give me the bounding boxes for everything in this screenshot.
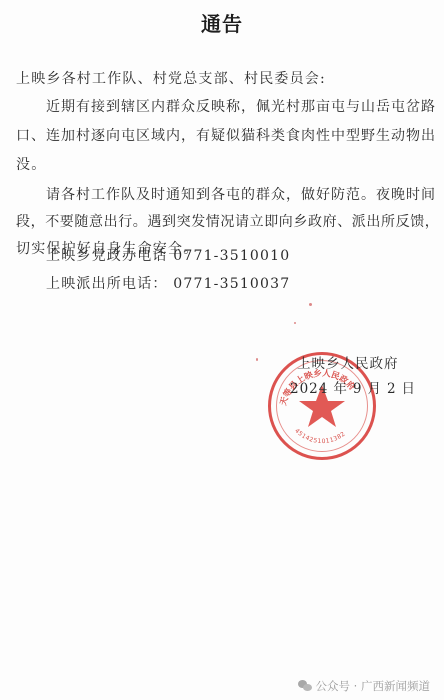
paragraph-2-line-1: 请各村工作队及时通知到各屯的群众，做好防范。夜晚时间 (46, 186, 436, 204)
source-label: 公众号 · 广西新闻频道 (316, 678, 430, 694)
paragraph-1-line-3: 没。 (16, 156, 46, 174)
contact-police-station-phone: 上映派出所电话： 0771-3510037 (46, 275, 290, 293)
seal-code: 4514251011382 (293, 427, 347, 445)
ink-speck (294, 322, 296, 324)
signature-organization: 上映乡人民政府 (297, 356, 399, 372)
paragraph-2-line-2: 段，不要随意出行。遇到突发情况请立即向乡政府、派出所反馈， (16, 213, 439, 231)
date-month: 9 (353, 381, 363, 397)
source-watermark: 公众号 · 广西新闻频道 (298, 678, 430, 694)
svg-text:4514251011382: 4514251011382 (293, 427, 347, 445)
wechat-icon (298, 680, 312, 692)
paragraph-1-line-1: 近期有接到辖区内群众反映称，佩光村那亩屯与山岳屯岔路 (46, 98, 436, 116)
date-day: 2 (387, 381, 397, 397)
notice-title: 通告 (0, 8, 444, 37)
date-month-unit: 月 (367, 381, 382, 397)
ink-speck (309, 303, 312, 306)
date-day-unit: 日 (402, 381, 417, 397)
date-year: 2024 (290, 381, 328, 397)
paragraph-1-line-2: 口、连加村逐向屯区域内，有疑似猫科类食肉性中型野生动物出 (16, 127, 436, 145)
ink-speck (256, 358, 258, 361)
notice-document: 通告 上映乡各村工作队、村党总支部、村民委员会: 近期有接到辖区内群众反映称，佩… (0, 0, 444, 700)
contact-party-office-phone: 上映乡党政办电话 0771-3510010 (46, 247, 290, 265)
salutation: 上映乡各村工作队、村党总支部、村民委员会: (16, 70, 326, 88)
signature-date: 2024年9月2日 (290, 381, 416, 397)
date-year-unit: 年 (333, 381, 348, 397)
